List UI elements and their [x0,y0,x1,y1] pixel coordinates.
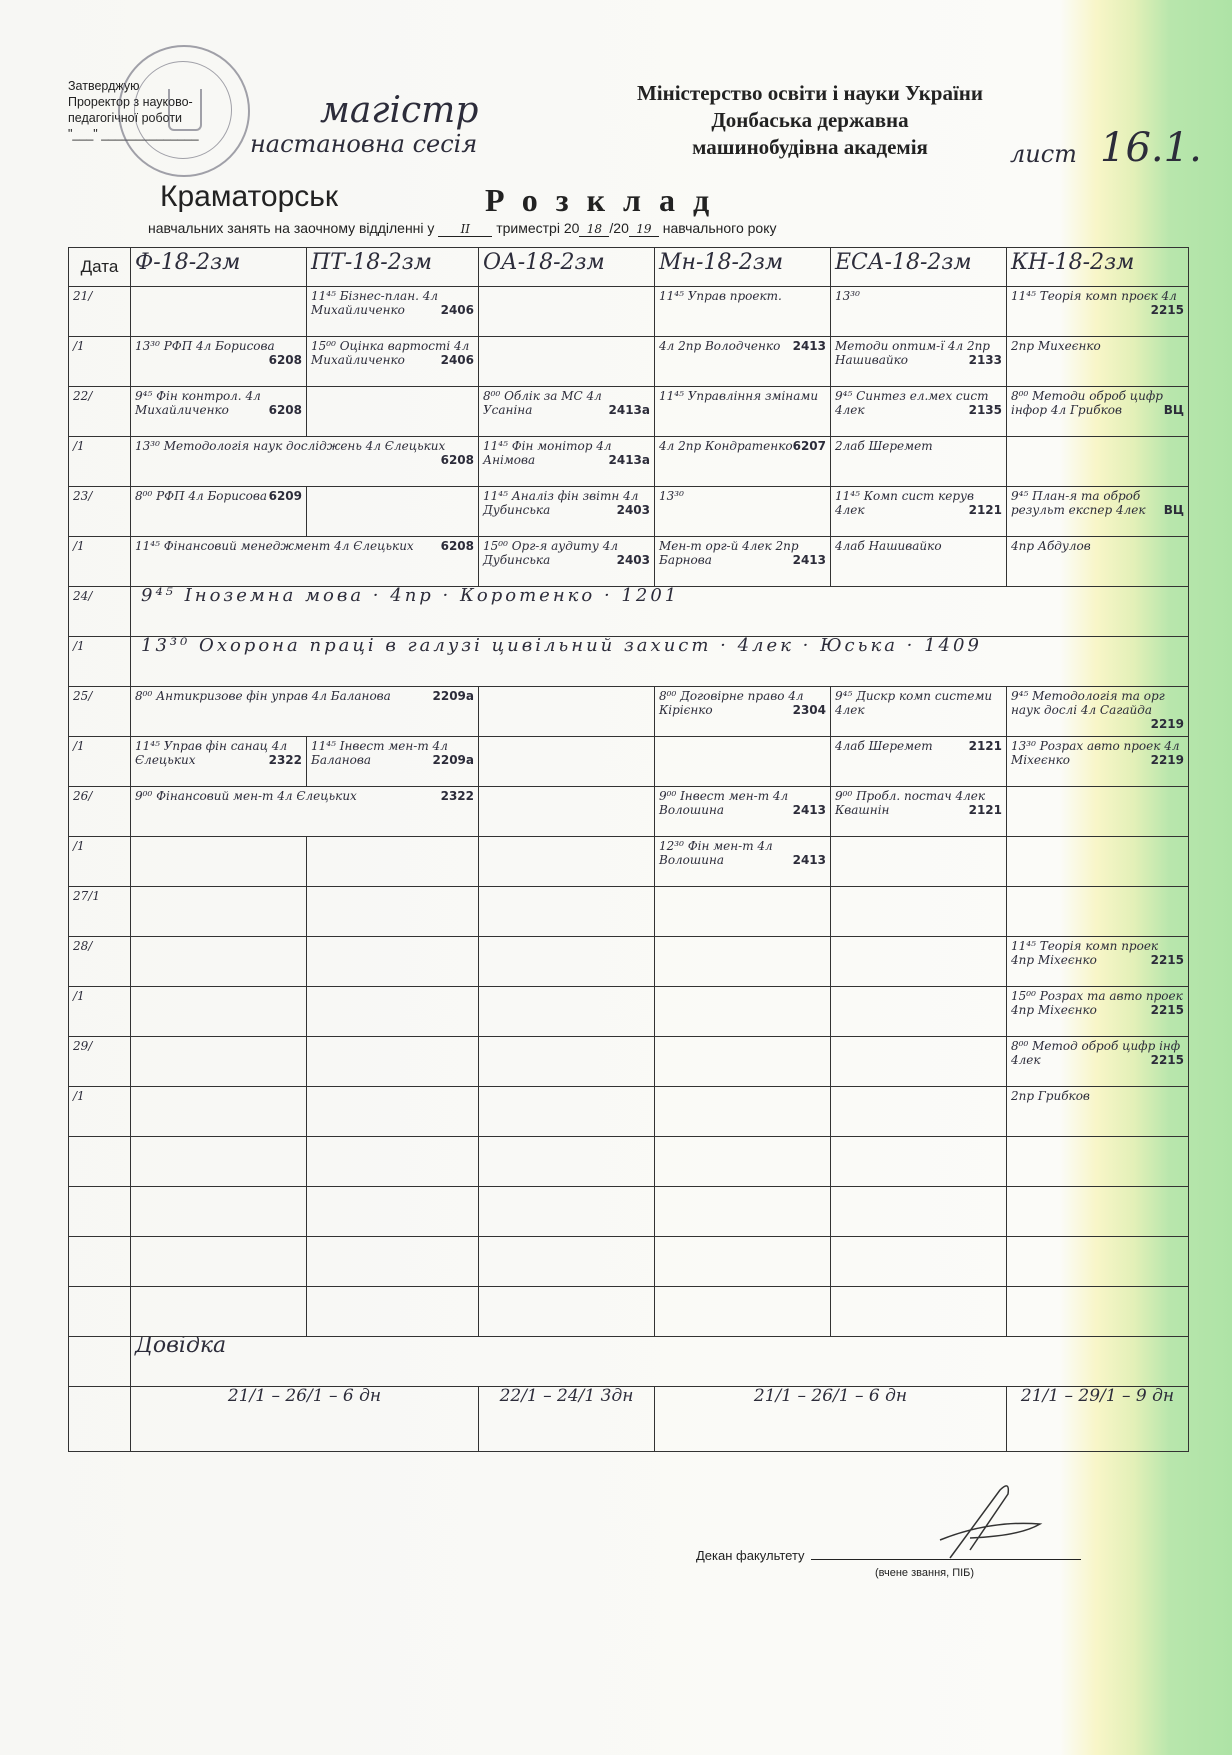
table-row: /12пр Грибков [69,1087,1189,1137]
empty-cell [479,1237,655,1287]
class-description: 9⁴⁵ Синтез ел.мех сист 4лек [835,389,988,417]
class-description: 2пр Грибков [1011,1089,1090,1103]
class-cell: 13³⁰ Розрах авто проек 4л Міхеєнко2219 [1007,737,1189,787]
empty-cell [69,1337,131,1387]
class-cell [655,937,831,987]
table-row: 27/1 [69,887,1189,937]
handwritten-session: настановна сесія [250,130,477,158]
table-row: /113³⁰ Методологія наук досліджень 4л Єл… [69,437,1189,487]
day-cell: 24/ [69,587,131,637]
class-cell: 2пр Грибков [1007,1087,1189,1137]
empty-cell [1007,1287,1189,1337]
ministry-line: Донбаська державна [560,107,1060,134]
summary-cell: 21/1 – 26/1 – 6 дн [131,1387,479,1452]
room-number: 2406 [441,353,474,367]
empty-cell [307,1137,479,1187]
class-cell [307,837,479,887]
class-description: 4л 2пр Володченко [659,339,780,353]
empty-cell [1007,1137,1189,1187]
class-cell: 8⁰⁰ Метод оброб цифр інф 4лек2215 [1007,1037,1189,1087]
class-description: 2лаб Шеремет [835,439,933,453]
class-description: 9⁴⁵ Методологія та орг наук дослі 4л Саг… [1011,689,1165,717]
class-cell [1007,787,1189,837]
class-cell [479,337,655,387]
class-cell: 11⁴⁵ Фін монітор 4л Анімова2413а [479,437,655,487]
date-column-header: Дата [69,248,131,287]
table-header-row: Дата Ф-18-2зм ПТ-18-2зм ОА-18-2зм Мн-18-… [69,248,1189,287]
city-label: Краматорськ [160,180,338,214]
subtitle-mid: триместрі 20 [496,220,579,236]
summary-label-row: Довідка [69,1337,1189,1387]
class-cell [307,987,479,1037]
class-description: 11⁴⁵ Фінансовий менеджмент 4л Єлецьких [135,539,414,553]
table-row: /115⁰⁰ Розрах та авто проек 4пр Міхеєнко… [69,987,1189,1037]
day-cell: 23/ [69,487,131,537]
class-cell: 9⁴⁵ План-я та оброб результ експер 4лекВ… [1007,487,1189,537]
subtitle: навчальних занять на заочному відділенні… [148,220,776,237]
class-cell: 9⁰⁰ Пробл. постач 4лек Квашнін2121 [831,787,1007,837]
class-cell: 11⁴⁵ Теорія комп проєк 4л2215 [1007,287,1189,337]
day-cell: /1 [69,837,131,887]
class-cell: 9⁴⁵ Фін контрол. 4л Михайличенко6208 [131,387,307,437]
empty-cell [131,1187,307,1237]
empty-cell [131,1237,307,1287]
empty-cell [69,1137,131,1187]
table-row: /111⁴⁵ Управ фін санац 4л Єлецьких232211… [69,737,1189,787]
room-number: 2135 [969,403,1002,417]
empty-cell [307,1187,479,1237]
class-cell [479,1087,655,1137]
class-cell [479,837,655,887]
class-description: 11⁴⁵ Інвест мен-т 4л Баланова [311,739,448,767]
class-cell: 8⁰⁰ Облік за МС 4л Усаніна2413а [479,387,655,437]
empty-cell [831,1137,1007,1187]
room-number: 6207 [793,439,826,453]
class-cell [131,987,307,1037]
room-number: 2215 [1151,953,1184,967]
room-number: 2121 [969,503,1002,517]
class-cell: 15⁰⁰ Орг-я аудиту 4л Дубинська2403 [479,537,655,587]
class-cell [307,937,479,987]
class-cell [131,287,307,337]
class-cell: 11⁴⁵ Управ фін санац 4л Єлецьких2322 [131,737,307,787]
class-description: 11⁴⁵ Теорія комп проек 4пр Міхеєнко [1011,939,1158,967]
class-cell: 11⁴⁵ Фінансовий менеджмент 4л Єлецьких62… [131,537,479,587]
class-cell [831,1037,1007,1087]
class-cell: 11⁴⁵ Бізнес-план. 4л Михайличенко2406 [307,287,479,337]
room-number: ВЦ [1164,403,1184,417]
class-description: 2пр Михеєнко [1011,339,1101,353]
room-number: 2413 [793,553,826,567]
empty-cell [69,1237,131,1287]
class-cell: 8⁰⁰ Методи оброб цифр інфор 4л ГрибковВЦ [1007,387,1189,437]
class-cell [1007,887,1189,937]
room-number: 2403 [617,503,650,517]
class-cell: 11⁴⁵ Теорія комп проек 4пр Міхеєнко2215 [1007,937,1189,987]
empty-cell [479,1187,655,1237]
class-description: 9⁴⁵ План-я та оброб результ експер 4лек [1011,489,1146,517]
class-description: 11⁴⁵ Бізнес-план. 4л Михайличенко [311,289,438,317]
class-cell [831,1087,1007,1137]
class-description: 8⁰⁰ РФП 4л Борисова [135,489,267,503]
class-cell: 13³⁰ Методологія наук досліджень 4л Єлец… [131,437,479,487]
empty-cell [69,1287,131,1337]
room-number: 6208 [441,539,474,553]
class-description: 4пр Абдулов [1011,539,1091,553]
class-description: 4л 2пр Кондратенко [659,439,793,453]
class-description: 9⁰⁰ Інвест мен-т 4л Волошина [659,789,788,817]
class-description: 11⁴⁵ Теорія комп проєк 4л [1011,289,1177,303]
class-cell: 11⁴⁵ Комп сист керув 4лек2121 [831,487,1007,537]
group-header: ПТ-18-2зм [307,248,479,287]
room-number: 6208 [269,403,302,417]
class-cell [131,837,307,887]
class-cell [479,787,655,837]
empty-cell [1007,1237,1189,1287]
room-number: 2121 [969,803,1002,817]
class-cell: 4лаб Нашивайко [831,537,1007,587]
class-description: Мен-т орг-й 4лек 2пр Барнова [659,539,799,567]
room-number: 6209 [269,489,302,503]
empty-cell [479,1137,655,1187]
class-cell: 4л 2пр Кондратенко6207 [655,437,831,487]
class-cell [479,887,655,937]
class-cell: 4пр Абдулов [1007,537,1189,587]
class-cell [655,737,831,787]
sheet-number: 16.1. [1100,125,1202,171]
class-description: 11⁴⁵ Комп сист керув 4лек [835,489,974,517]
class-cell: Методи оптим-ї 4л 2пр Нашивайко2133 [831,337,1007,387]
day-cell: /1 [69,337,131,387]
room-number: 2413 [793,803,826,817]
empty-cell [831,1187,1007,1237]
day-cell: 28/ [69,937,131,987]
class-cell: 11⁴⁵ Управ проект. [655,287,831,337]
class-cell [131,887,307,937]
class-cell [307,487,479,537]
table-row: /111⁴⁵ Фінансовий менеджмент 4л Єлецьких… [69,537,1189,587]
class-cell: 11⁴⁵ Управління змінами [655,387,831,437]
class-cell [307,387,479,437]
class-cell [307,1087,479,1137]
room-number: 2413а [609,403,651,417]
year-from: 18 [579,222,609,237]
table-row: 29/8⁰⁰ Метод оброб цифр інф 4лек2215 [69,1037,1189,1087]
sheet-label: лист [1010,140,1077,168]
room-number: 2413 [793,853,826,867]
room-number: 6208 [441,453,474,467]
class-description: 11⁴⁵ Аналіз фін звітн 4л Дубинська [483,489,638,517]
summary-row: 21/1 – 26/1 – 6 дн22/1 – 24/1 3дн21/1 – … [69,1387,1189,1452]
class-description: 9⁴⁵ Фін контрол. 4л Михайличенко [135,389,261,417]
class-cell: 8⁰⁰ РФП 4л Борисова6209 [131,487,307,537]
page-title: Розклад [485,182,727,219]
empty-cell [69,1387,131,1452]
room-number: ВЦ [1164,503,1184,517]
day-cell: 29/ [69,1037,131,1087]
class-cell: 4лаб Шеремет2121 [831,737,1007,787]
day-cell: /1 [69,1087,131,1137]
class-cell: 12³⁰ Фін мен-т 4л Волошина2413 [655,837,831,887]
class-cell [131,1087,307,1137]
day-cell: 25/ [69,687,131,737]
empty-cell [1007,1187,1189,1237]
class-description: 8⁰⁰ Методи оброб цифр інфор 4л Грибков [1011,389,1163,417]
class-description: 12³⁰ Фін мен-т 4л Волошина [659,839,773,867]
handwritten-level: магістр [320,90,478,131]
class-description: 9⁰⁰ Пробл. постач 4лек Квашнін [835,789,985,817]
empty-row [69,1237,1189,1287]
summary-label: Довідка [131,1337,1189,1387]
room-number: 2413 [793,339,826,353]
empty-cell [655,1187,831,1237]
class-cell: 11⁴⁵ Аналіз фін звітн 4л Дубинська2403 [479,487,655,537]
room-number: 2121 [969,739,1002,753]
group-header: КН-18-2зм [1007,248,1189,287]
class-description: 13³⁰ Методологія наук досліджень 4л Єлец… [135,439,445,453]
dean-caption: (вчене звання, ПІБ) [875,1567,974,1579]
empty-cell [69,1187,131,1237]
class-cell: 15⁰⁰ Розрах та авто проек 4пр Міхеєнко22… [1007,987,1189,1037]
signature-icon [930,1480,1090,1560]
class-cell [479,687,655,737]
class-cell: 4л 2пр Володченко2413 [655,337,831,387]
ministry-header: Міністерство освіти і науки України Донб… [560,80,1060,161]
empty-row [69,1137,1189,1187]
table-row: 23/8⁰⁰ РФП 4л Борисова620911⁴⁵ Аналіз фі… [69,487,1189,537]
class-cell: 9⁰⁰ Інвест мен-т 4л Волошина2413 [655,787,831,837]
class-cell [131,1037,307,1087]
class-cell: Мен-т орг-й 4лек 2пр Барнова2413 [655,537,831,587]
empty-cell [831,1237,1007,1287]
schedule-table: Дата Ф-18-2зм ПТ-18-2зм ОА-18-2зм Мн-18-… [68,247,1189,1452]
group-header: ЕСА-18-2зм [831,248,1007,287]
room-number: 2133 [969,353,1002,367]
class-description: 11⁴⁵ Фін монітор 4л Анімова [483,439,612,467]
room-number: 2219 [1151,717,1184,731]
table-row: 22/9⁴⁵ Фін контрол. 4л Михайличенко62088… [69,387,1189,437]
class-cell [655,1037,831,1087]
day-cell: 22/ [69,387,131,437]
empty-cell [831,1287,1007,1337]
class-cell [479,737,655,787]
class-cell [831,837,1007,887]
trimester-value: II [438,222,492,237]
summary-cell: 21/1 – 26/1 – 6 дн [655,1387,1007,1452]
table-row: /112³⁰ Фін мен-т 4л Волошина2413 [69,837,1189,887]
day-cell: 26/ [69,787,131,837]
class-description: 13³⁰ [659,489,684,503]
empty-row [69,1287,1189,1337]
room-number: 2403 [617,553,650,567]
class-description: 4лаб Нашивайко [835,539,942,553]
group-header: Мн-18-2зм [655,248,831,287]
room-number: 2322 [441,789,474,803]
room-number: 2209а [433,753,475,767]
class-cell [307,887,479,937]
class-description: 4лаб Шеремет [835,739,933,753]
class-cell [479,937,655,987]
merged-class-cell: 9⁴⁵ Іноземна мова · 4пр · Коротенко · 12… [131,587,1189,637]
table-row: /113³⁰ РФП 4л Борисова620815⁰⁰ Оцінка ва… [69,337,1189,387]
class-cell: 13³⁰ [831,287,1007,337]
class-description: 11⁴⁵ Управ проект. [659,289,782,303]
empty-cell [655,1287,831,1337]
empty-cell [479,1287,655,1337]
summary-cell: 21/1 – 29/1 – 9 дн [1007,1387,1189,1452]
room-number: 6208 [269,353,302,367]
summary-cell: 22/1 – 24/1 3дн [479,1387,655,1452]
room-number: 2304 [793,703,826,717]
empty-row [69,1187,1189,1237]
class-description: 8⁰⁰ Облік за МС 4л Усаніна [483,389,602,417]
class-cell [655,987,831,1037]
class-cell [831,987,1007,1037]
ministry-line: машинобудівна академія [560,134,1060,161]
year-to: 19 [629,222,659,237]
empty-cell [131,1137,307,1187]
class-description: Методи оптим-ї 4л 2пр Нашивайко [835,339,990,367]
dean-label: Декан факультету [696,1548,805,1563]
day-cell: /1 [69,437,131,487]
table-row: 25/8⁰⁰ Антикризове фін управ 4л Баланова… [69,687,1189,737]
room-number: 2215 [1151,1003,1184,1017]
table-row: 21/11⁴⁵ Бізнес-план. 4л Михайличенко2406… [69,287,1189,337]
table-row: 28/11⁴⁵ Теорія комп проек 4пр Міхеєнко22… [69,937,1189,987]
class-cell [831,887,1007,937]
class-cell: 8⁰⁰ Антикризове фін управ 4л Баланова220… [131,687,479,737]
class-cell: 13³⁰ [655,487,831,537]
class-cell [655,1087,831,1137]
class-description: 13³⁰ [835,289,860,303]
class-description: 9⁴⁵ Дискр комп системи 4лек [835,689,992,717]
class-cell [831,937,1007,987]
subtitle-suffix: навчального року [663,220,777,236]
day-cell: 27/1 [69,887,131,937]
class-description: 15⁰⁰ Орг-я аудиту 4л Дубинська [483,539,618,567]
class-description: 8⁰⁰ Договірне право 4л Кірієнко [659,689,804,717]
group-header: Ф-18-2зм [131,248,307,287]
class-cell: 8⁰⁰ Договірне право 4л Кірієнко2304 [655,687,831,737]
class-cell: 9⁴⁵ Синтез ел.мех сист 4лек2135 [831,387,1007,437]
room-number: 2406 [441,303,474,317]
empty-cell [655,1137,831,1187]
empty-cell [307,1237,479,1287]
table-row: /113³⁰ Охорона праці в галузі цивільний … [69,637,1189,687]
class-cell: 9⁰⁰ Фінансовий мен-т 4л Єлецьких2322 [131,787,479,837]
class-cell [1007,437,1189,487]
ministry-line: Міністерство освіти і науки України [560,80,1060,107]
class-cell [1007,837,1189,887]
table-row: 26/9⁰⁰ Фінансовий мен-т 4л Єлецьких23229… [69,787,1189,837]
empty-cell [307,1287,479,1337]
class-cell [131,937,307,987]
day-cell: /1 [69,537,131,587]
class-cell [307,1037,479,1087]
empty-cell [131,1287,307,1337]
class-cell: 9⁴⁵ Методологія та орг наук дослі 4л Саг… [1007,687,1189,737]
empty-cell [655,1237,831,1287]
room-number: 2215 [1151,1053,1184,1067]
class-cell: 11⁴⁵ Інвест мен-т 4л Баланова2209а [307,737,479,787]
class-cell [655,887,831,937]
day-cell: /1 [69,737,131,787]
room-number: 2215 [1151,303,1184,317]
class-description: 11⁴⁵ Управ фін санац 4л Єлецьких [135,739,287,767]
room-number: 2322 [269,753,302,767]
day-cell: /1 [69,987,131,1037]
class-description: 8⁰⁰ Антикризове фін управ 4л Баланова [135,689,391,703]
trident-icon [168,89,202,131]
subtitle-prefix: навчальних занять на заочному відділенні… [148,220,434,236]
year-sep: /20 [609,220,628,236]
table-row: 24/9⁴⁵ Іноземна мова · 4пр · Коротенко ·… [69,587,1189,637]
class-cell [479,1037,655,1087]
class-cell: 2лаб Шеремет [831,437,1007,487]
class-cell: 15⁰⁰ Оцінка вартості 4л Михайличенко2406 [307,337,479,387]
class-cell [479,987,655,1037]
room-number: 2413а [609,453,651,467]
merged-class-cell: 13³⁰ Охорона праці в галузі цивільний за… [131,637,1189,687]
official-stamp-icon [118,45,250,177]
class-description: 13³⁰ РФП 4л Борисова [135,339,275,353]
group-header: ОА-18-2зм [479,248,655,287]
day-cell: 21/ [69,287,131,337]
class-description: 11⁴⁵ Управління змінами [659,389,818,403]
class-cell [479,287,655,337]
room-number: 2209а [433,689,475,703]
day-cell: /1 [69,637,131,687]
class-cell: 13³⁰ РФП 4л Борисова6208 [131,337,307,387]
class-cell: 2пр Михеєнко [1007,337,1189,387]
class-description: 9⁰⁰ Фінансовий мен-т 4л Єлецьких [135,789,357,803]
room-number: 2219 [1151,753,1184,767]
class-cell: 9⁴⁵ Дискр комп системи 4лек [831,687,1007,737]
